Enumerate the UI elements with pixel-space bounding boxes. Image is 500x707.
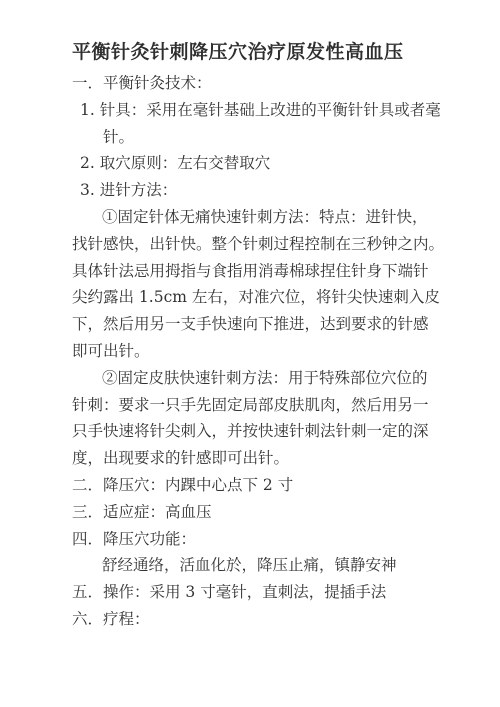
text-line-section-3: 三．适应症：高血压 [72, 499, 460, 526]
text-line-item-1-cont: 针。 [103, 124, 460, 151]
text-line-item-2: 2. 取穴原则：左右交替取穴 [80, 150, 460, 177]
text-line-method-2: ②固定皮肤快速针刺方法：用于特殊部位穴位的 [102, 365, 460, 392]
text-line-method-1-cont: 下，然后用另一支手快速向下推进，达到要求的针感 [72, 311, 460, 338]
text-line-section-4-cont: 舒经通络，活血化於，降压止痛，镇静安神 [102, 552, 460, 579]
text-line-method-1: ①固定针体无痛快速针刺方法：特点：进针快， [102, 204, 460, 231]
text-line-section-2: 二．降压穴：内踝中心点下 2 寸 [72, 472, 460, 499]
text-line-method-1-cont: 尖约露出 1.5cm 左右，对准穴位，将针尖快速刺入皮 [72, 284, 460, 311]
document-page: 平衡针灸针刺降压穴治疗原发性高血压 一．平衡针灸技术： 1. 针具：采用在毫针基… [0, 0, 500, 707]
text-line-method-2-cont: 针刺：要求一只手先固定局部皮肤肌肉，然后用另一 [72, 392, 460, 419]
text-line-method-1-cont: 即可出针。 [72, 338, 460, 365]
document-title: 平衡针灸针刺降压穴治疗原发性高血压 [72, 38, 460, 66]
text-line-section-4: 四．降压穴功能： [72, 526, 460, 553]
text-line-section-6: 六．疗程： [72, 606, 460, 633]
text-line-section-1: 一．平衡针灸技术： [72, 70, 460, 97]
text-line-method-1-cont: 具体针法忌用拇指与食指用消毒棉球捏住针身下端针 [72, 258, 460, 285]
text-line-method-1-cont: 找针感快，出针快。整个针刺过程控制在三秒钟之内。 [72, 231, 460, 258]
text-line-item-3: 3. 进针方法： [80, 177, 460, 204]
text-line-section-5: 五．操作：采用 3 寸毫针，直刺法，提插手法 [72, 579, 460, 606]
text-line-method-2-cont: 度，出现要求的针感即可出针。 [72, 445, 460, 472]
text-line-item-1: 1. 针具：采用在毫针基础上改进的平衡针针具或者毫 [80, 97, 460, 124]
text-line-method-2-cont: 只手快速将针尖刺入，并按快速针刺法针刺一定的深 [72, 418, 460, 445]
